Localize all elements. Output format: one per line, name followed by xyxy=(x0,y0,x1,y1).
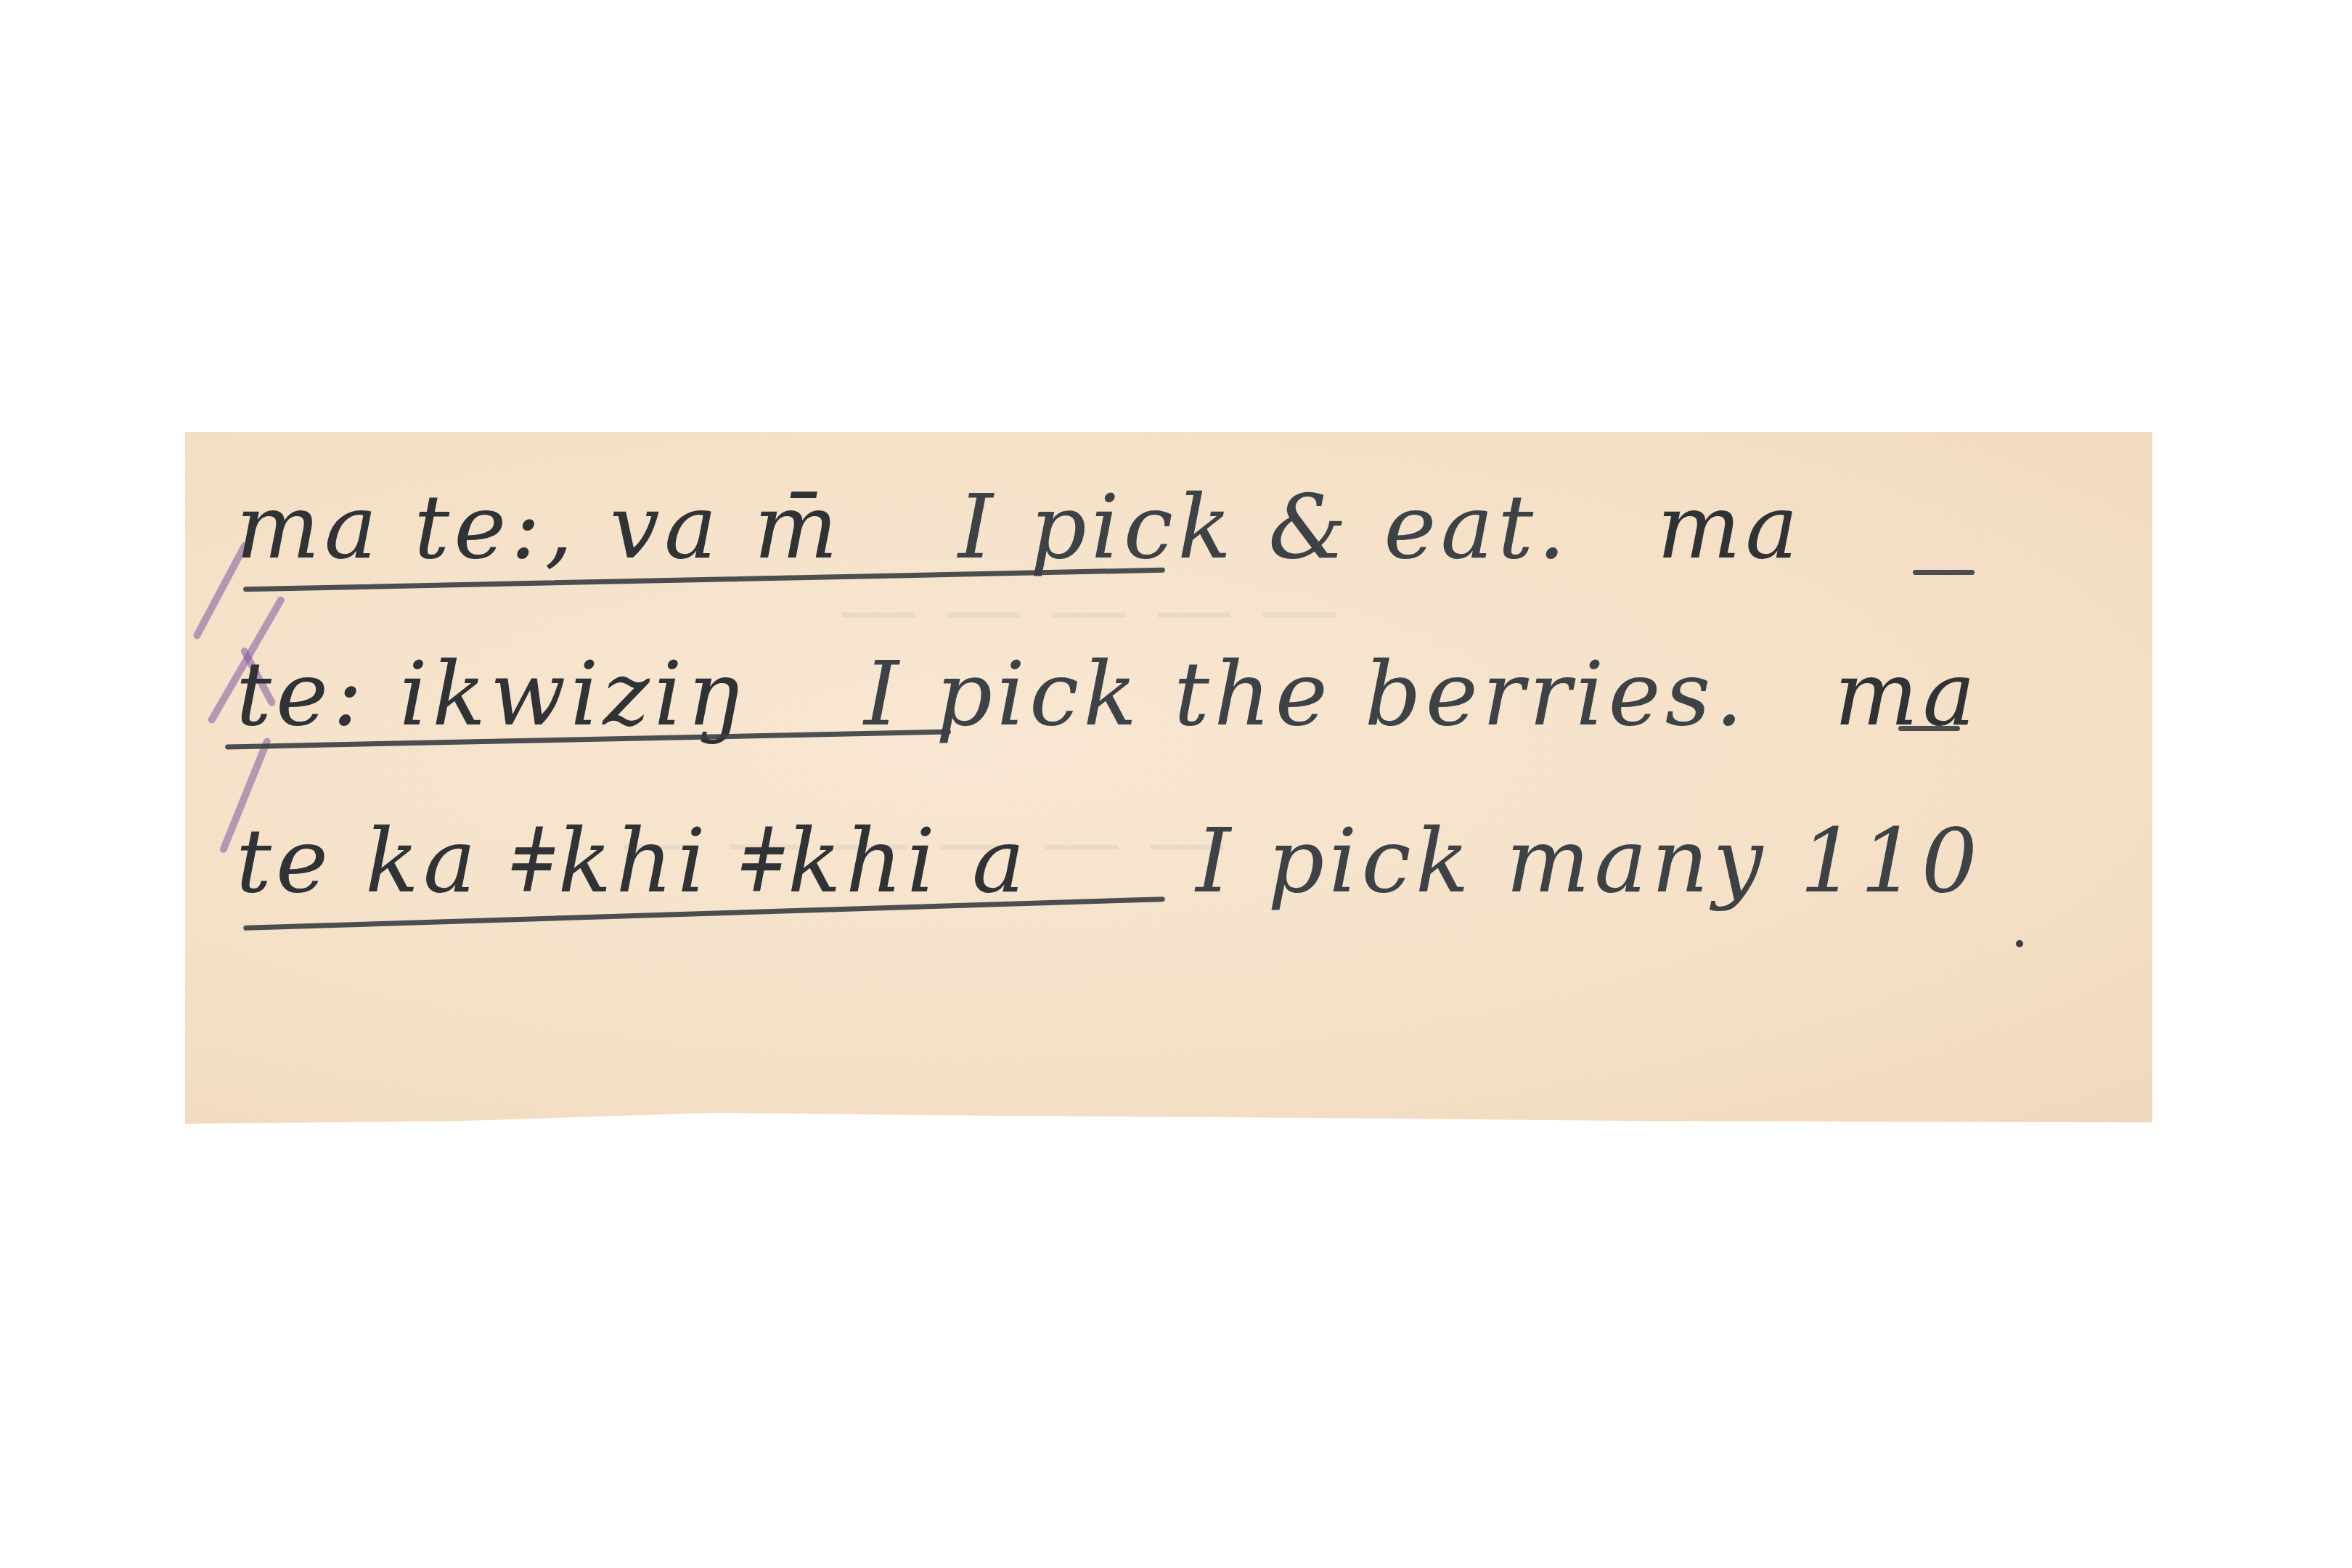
native-phrase-continued: ma xyxy=(1657,475,1802,579)
note-line-3: te ka ǂkhi ǂkhi a I pick many 110 xyxy=(236,809,1982,912)
native-phrase: te: ikwiziŋ xyxy=(236,642,748,746)
english-gloss: I pick & eat. xyxy=(958,475,1570,579)
native-phrase: ma te:, va m̄ xyxy=(236,475,842,579)
underline xyxy=(1913,570,1975,575)
english-gloss: I pick many 110 xyxy=(1196,809,1982,912)
note-line-2: te: ikwiziŋ I pick the berries. ma xyxy=(236,642,1980,746)
english-gloss: I pick the berries. xyxy=(864,642,1747,746)
native-phrase: te ka ǂkhi ǂkhi a xyxy=(236,809,1029,912)
note-slip: — — — — — — — — — — — ma te:, va m̄ I pi… xyxy=(185,432,2152,1125)
note-line-1: ma te:, va m̄ I pick & eat. ma xyxy=(236,475,1802,579)
ink-dot xyxy=(2016,940,2023,947)
underline xyxy=(1898,726,1960,731)
